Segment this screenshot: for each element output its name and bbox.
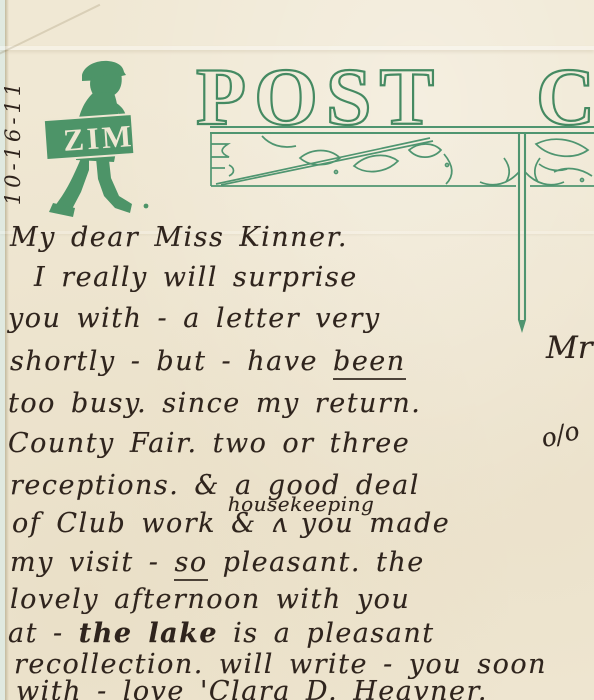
handwriting-line: of Club work & housekeepingʌ you made: [12, 508, 450, 539]
line-text: at -: [8, 618, 79, 649]
line-text: lovely afternoon with you: [10, 584, 410, 615]
handwriting-line: I really will surprise: [34, 262, 358, 293]
handwriting-line: lovely afternoon with you: [10, 584, 410, 615]
margin-fragment: Mr: [546, 330, 593, 366]
paper-crease-corner: [0, 4, 100, 58]
margin-fragment: o/o: [538, 416, 582, 453]
underlined-word: been: [333, 346, 406, 380]
zim-sign-board: ZIM: [44, 114, 136, 160]
line-text: is a pleasant: [218, 618, 435, 649]
insertion-mark: housekeepingʌ: [272, 508, 286, 539]
line-text: shortly - but - have: [10, 346, 333, 377]
line-text: you with - a letter very: [8, 303, 381, 334]
zim-sign-text: ZIM: [62, 118, 135, 158]
inserted-word: housekeeping: [228, 492, 375, 516]
handwriting-line: at - the lake is a pleasant: [8, 618, 435, 649]
signature-text: with - love 'Clara D. Heavner.: [16, 676, 488, 700]
emphasized-words: the lake: [79, 618, 218, 649]
line-text: too busy. since my return.: [8, 388, 421, 419]
handwritten-date-vertical: 10-16-11: [1, 67, 29, 217]
handwriting-line: too busy. since my return.: [8, 388, 421, 419]
zim-man-logo: ZIM: [30, 58, 154, 220]
line-text: my visit -: [10, 547, 174, 578]
line-text: County Fair. two or three: [8, 428, 410, 459]
postcard-scan: { "header": { "word": "POST", "partial_l…: [0, 0, 594, 700]
handwriting-line: my visit - so pleasant. the: [10, 547, 425, 578]
line-text: My dear Miss Kinner.: [10, 222, 348, 253]
underlined-word: so: [174, 547, 207, 581]
line-text: I really will surprise: [34, 262, 358, 293]
handwriting-line: My dear Miss Kinner.: [10, 222, 348, 253]
handwriting-line: shortly - but - have been: [10, 346, 406, 377]
printed-dot: [144, 204, 149, 209]
handwriting-line: you with - a letter very: [8, 303, 381, 334]
paper-crease-top: [0, 46, 594, 50]
line-text: pleasant. the: [208, 547, 425, 578]
handwriting-line: County Fair. two or three: [8, 428, 410, 459]
handwriting-line signature-line: with - love 'Clara D. Heavner.: [16, 676, 488, 700]
